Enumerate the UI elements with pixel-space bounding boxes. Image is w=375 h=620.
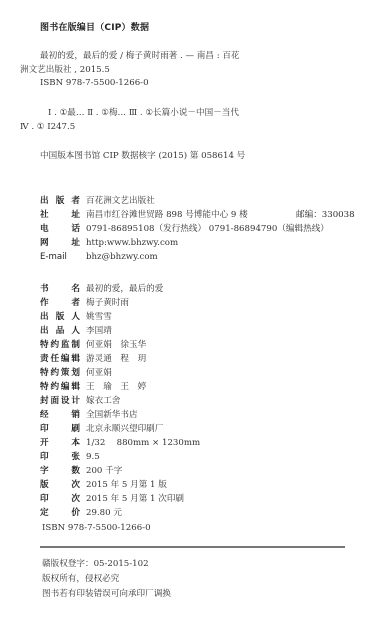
phone-label: 电 话 — [40, 222, 80, 236]
planner-label: 特约策划 — [40, 366, 80, 380]
address-row: 社 址南昌市红谷滩世贸路 898 号博能中心 9 楼 邮编：330038 — [40, 208, 360, 222]
price-label: 定 价 — [40, 506, 80, 520]
edition-label: 版 次 — [40, 478, 80, 492]
book-info-row: 特约编辑王 瑜 王 婷 — [40, 380, 146, 394]
cip-classification: Ⅰ . ①最… Ⅱ . ①梅… Ⅲ . ①长篇小说－中国－当代 Ⅳ . ① I2… — [40, 107, 239, 134]
book-info-row: 出 品 人李国靖 — [40, 324, 112, 338]
rights-notice: 版权所有，侵权必究 — [42, 572, 119, 586]
supervisor-label: 特约监制 — [40, 338, 80, 352]
book-info-row: 责任编辑游灵通 程 玥 — [40, 352, 146, 366]
divider — [40, 546, 345, 548]
author-value: 梅子黄时雨 — [86, 296, 129, 310]
producer-label: 出 品 人 — [40, 324, 80, 338]
planner-value: 何亚娟 — [86, 366, 112, 380]
sheets-label: 印 张 — [40, 450, 80, 464]
book-info-row: 封面设计嫁衣工舍 — [40, 394, 120, 408]
printing-label: 印 次 — [40, 492, 80, 506]
sheets-value: 9.5 — [86, 450, 100, 464]
book-info-row: 特约监制何亚娟 徐玉华 — [40, 338, 146, 352]
copyright-registration: 赣版权登字：05-2015-102 — [42, 557, 149, 571]
email-label: E-mail — [40, 250, 80, 264]
phone-value: 0791-86895108（发行热线） 0791-86894790（编辑热线） — [86, 222, 329, 236]
book-info-row: 出 版 人姚雪雪 — [40, 310, 112, 324]
book-info-row: 印 张9.5 — [40, 450, 100, 464]
email-value[interactable]: bhz@bhzwy.com — [86, 250, 158, 264]
format-value: 1/32 880mm × 1230mm — [86, 436, 200, 450]
copyright-page: 图书在版编目（CIP）数据 最初的爱，最后的爱 / 梅子黄时雨著 . — 南昌 … — [0, 0, 375, 620]
publisher-value: 百花洲文艺出版社 — [86, 194, 155, 208]
address-value: 南昌市红谷滩世贸路 898 号博能中心 9 楼 — [86, 208, 248, 222]
distributor-value: 全国新华书店 — [86, 408, 138, 422]
format-label: 开 本 — [40, 436, 80, 450]
cip-isbn: ISBN 978-7-5500-1266-0 — [40, 77, 240, 91]
book-info-row: 经 销全国新华书店 — [40, 408, 138, 422]
book-info-row: 版 次2015 年 5 月第 1 版 — [40, 478, 167, 492]
cip-record-line2: 洲文艺出版社 , 2015.5 — [20, 64, 240, 78]
book-info-row: 书 名最初的爱，最后的爱 — [40, 282, 163, 296]
website-row: 网 址http:www.bhzwy.com — [40, 236, 178, 250]
word-count-label: 字 数 — [40, 464, 80, 478]
classification-line2: Ⅳ . ① I247.5 — [20, 121, 239, 135]
email-row: E-mailbhz@bhzwy.com — [40, 250, 158, 264]
book-info-row: 印 次2015 年 5 月第 1 次印刷 — [40, 492, 184, 506]
book-info-row: 印 刷北京永顺兴望印刷厂 — [40, 422, 163, 436]
printer-label: 印 刷 — [40, 422, 80, 436]
publisher-label: 出 版 者 — [40, 194, 80, 208]
book-info-row: 特约策划何亚娟 — [40, 366, 112, 380]
author-label: 作 者 — [40, 296, 80, 310]
classification-line1: Ⅰ . ①最… Ⅱ . ①梅… Ⅲ . ①长篇小说－中国－当代 — [40, 107, 239, 121]
producer-value: 李国靖 — [86, 324, 112, 338]
printing-value: 2015 年 5 月第 1 次印刷 — [86, 492, 184, 506]
cip-title: 图书在版编目（CIP）数据 — [40, 20, 149, 33]
special-editor-label: 特约编辑 — [40, 380, 80, 394]
replacement-notice: 图书若有印装错误可向承印厂调换 — [42, 587, 171, 601]
cover-design-label: 封面设计 — [40, 394, 80, 408]
supervisor-value: 何亚娟 徐玉华 — [86, 338, 146, 352]
postcode: 邮编：330038 — [296, 208, 355, 222]
printer-value: 北京永顺兴望印刷厂 — [86, 422, 163, 436]
phone-row: 电 话0791-86895108（发行热线） 0791-86894790（编辑热… — [40, 222, 329, 236]
book-info-row: 作 者梅子黄时雨 — [40, 296, 129, 310]
edition-value: 2015 年 5 月第 1 版 — [86, 478, 167, 492]
book-info-row: 定 价29.80 元 — [40, 506, 122, 520]
cip-verification: 中国版本图书馆 CIP 数据核字 (2015) 第 058614 号 — [40, 150, 245, 164]
price-value: 29.80 元 — [86, 506, 122, 520]
special-editor-value: 王 瑜 王 婷 — [86, 380, 146, 394]
cip-record: 最初的爱，最后的爱 / 梅子黄时雨著 . — 南昌 : 百花 洲文艺出版社 , … — [40, 50, 240, 91]
footer-isbn: ISBN 978-7-5500-1266-0 — [42, 521, 151, 535]
cip-record-line1: 最初的爱，最后的爱 / 梅子黄时雨著 . — 南昌 : 百花 — [40, 50, 240, 64]
editor-label: 责任编辑 — [40, 352, 80, 366]
book-info-row: 开 本1/32 880mm × 1230mm — [40, 436, 200, 450]
cover-design-value: 嫁衣工舍 — [86, 394, 120, 408]
editor-value: 游灵通 程 玥 — [86, 352, 146, 366]
book-title-value: 最初的爱，最后的爱 — [86, 282, 163, 296]
book-info-row: 字 数200 千字 — [40, 464, 122, 478]
distributor-label: 经 销 — [40, 408, 80, 422]
address-label: 社 址 — [40, 208, 80, 222]
book-title-label: 书 名 — [40, 282, 80, 296]
word-count-value: 200 千字 — [86, 464, 122, 478]
publisher-row: 出 版 者百花洲文艺出版社 — [40, 194, 155, 208]
publisher-person-label: 出 版 人 — [40, 310, 80, 324]
website-value[interactable]: http:www.bhzwy.com — [86, 236, 178, 250]
website-label: 网 址 — [40, 236, 80, 250]
publisher-person-value: 姚雪雪 — [86, 310, 112, 324]
